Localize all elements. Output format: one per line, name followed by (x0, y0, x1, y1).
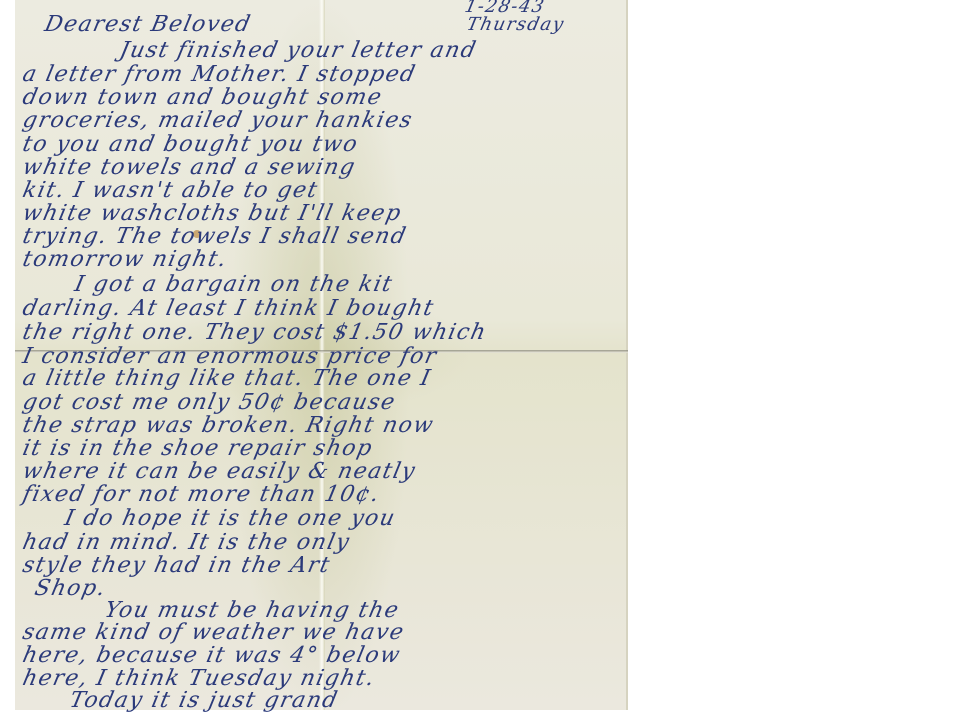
letter-line: style they had in the Art (20, 553, 333, 578)
letter-line: down town and bought some (20, 85, 385, 110)
letter-line: groceries, mailed your hankies (20, 108, 415, 133)
letter-line: Shop. (32, 576, 108, 601)
letter-line: it is in the shoe repair shop (20, 436, 375, 461)
letter-page: 1-28-43 Thursday Dearest Beloved Just fi… (15, 0, 628, 710)
letter-line: a letter from Mother. I stopped (20, 62, 418, 87)
letter-line: same kind of weather we have (20, 620, 407, 645)
letter-line: kit. I wasn't able to get (20, 178, 320, 203)
letter-line: the strap was broken. Right now (20, 413, 436, 438)
letter-line: darling. At least I think I bought (20, 296, 436, 321)
letter-line: a little thing like that. The one I (20, 366, 433, 391)
letter-line: I do hope it is the one you (62, 506, 398, 531)
letter-line: I got a bargain on the kit (72, 272, 395, 297)
letter-line: Just finished your letter and (117, 38, 479, 63)
letter-line: white washcloths but I'll keep (20, 201, 404, 226)
letter-line: where it can be easily & neatly (20, 459, 418, 484)
letter-salutation: Dearest Beloved (42, 12, 253, 37)
letter-line: white towels and a sewing (20, 155, 358, 180)
letter-line: trying. The towels I shall send (20, 224, 409, 249)
letter-line: got cost me only 50¢ because (20, 390, 398, 415)
letter-line: had in mind. It is the only (20, 530, 352, 555)
letter-line: Today it is just grand (67, 688, 340, 713)
letter-line: tomorrow night. (20, 247, 229, 272)
letter-weekday: Thursday (465, 14, 567, 35)
letter-line: here, because it was 4° below (20, 643, 403, 668)
letter-line: to you and bought you two (20, 132, 360, 157)
letter-line: fixed for not more than 10¢. (20, 482, 382, 507)
letter-line: the right one. They cost $1.50 which (20, 320, 489, 345)
